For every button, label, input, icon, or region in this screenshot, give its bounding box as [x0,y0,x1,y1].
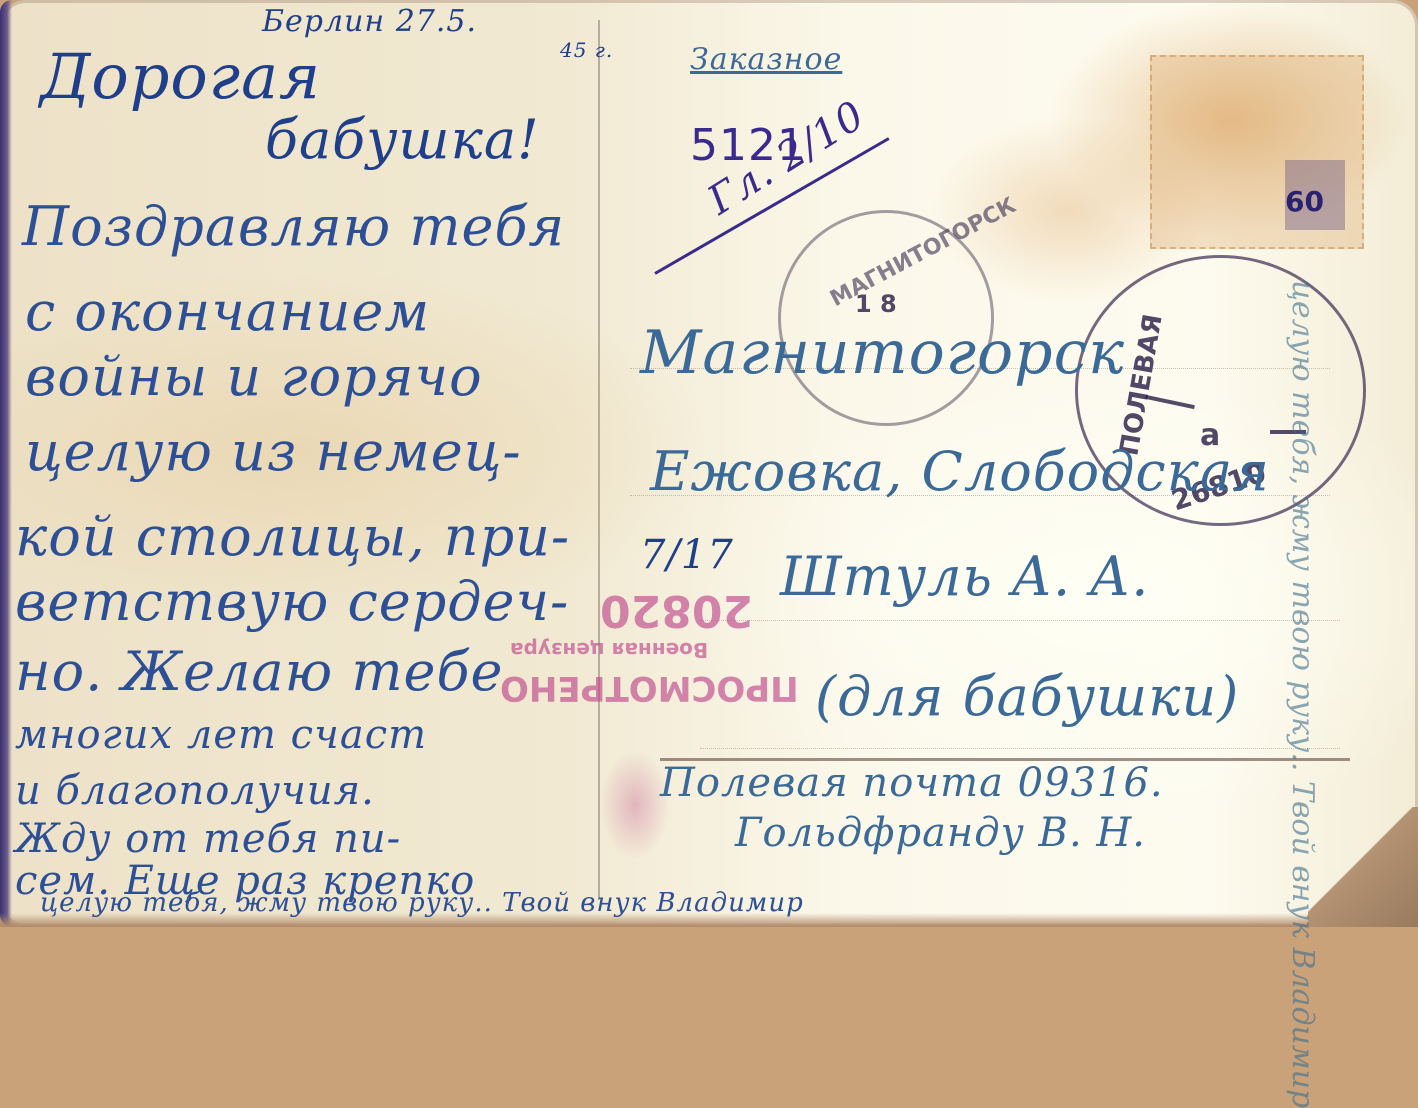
salutation-line-2: бабушка! [265,108,540,171]
message-line: войны и горячо [25,345,483,408]
address-line [700,748,1340,749]
message-line: кой столицы, при- [15,505,570,568]
message-line: Жду от тебя пи- [15,816,401,862]
address-line [700,620,1340,621]
message-line: ветствую сердеч- [15,570,569,633]
sender-field-post: Полевая почта 09316. [660,760,1164,806]
message-line: целую из немец- [25,420,522,483]
postmark-left-date: 1 8 [855,290,897,318]
message-line: Поздравляю тебя [22,195,565,258]
salutation-line-1: Дорогая [40,40,321,113]
recipient-note: (для бабушки) [815,665,1239,728]
recipient-house: 7/17 [640,532,734,578]
recipient-name: Штуль А. А. [780,545,1149,608]
censor-stamp-line-1: Военная цензура [510,638,708,662]
edge-faded-writing: целую тебя, жму твою руку.. Твой внук Вл… [1285,280,1320,927]
card-edge-left [0,0,12,927]
message-line: многих лет счаст [15,712,427,758]
recipient-city: Магнитогорск [640,318,1125,388]
message-line: и благополучия. [15,768,375,814]
censor-stamp-line-2: ПРОСМОТРЕНО [500,668,799,708]
place-date: Берлин 27.5. [262,4,477,39]
message-line: с окончанием [25,280,430,343]
censor-stamp-number: 20820 [600,585,753,636]
corner-wear [1308,807,1418,927]
registered-label: Заказное [690,42,842,77]
message-closing: целую тебя, жму твою руку.. Твой внук Вл… [40,888,804,918]
recipient-street: Ежовка, Слободская [650,440,1270,503]
message-line: но. Желаю тебе [15,640,503,703]
postcard: 60 МАГНИТОГОРСК 1 8 ПОЛЕВАЯ а 26810 2082… [0,0,1418,927]
year: 45 г. [560,38,613,62]
postage-stamp-value: 60 [1285,185,1324,218]
sender-name: Гольдфранду В. Н. [735,810,1146,856]
